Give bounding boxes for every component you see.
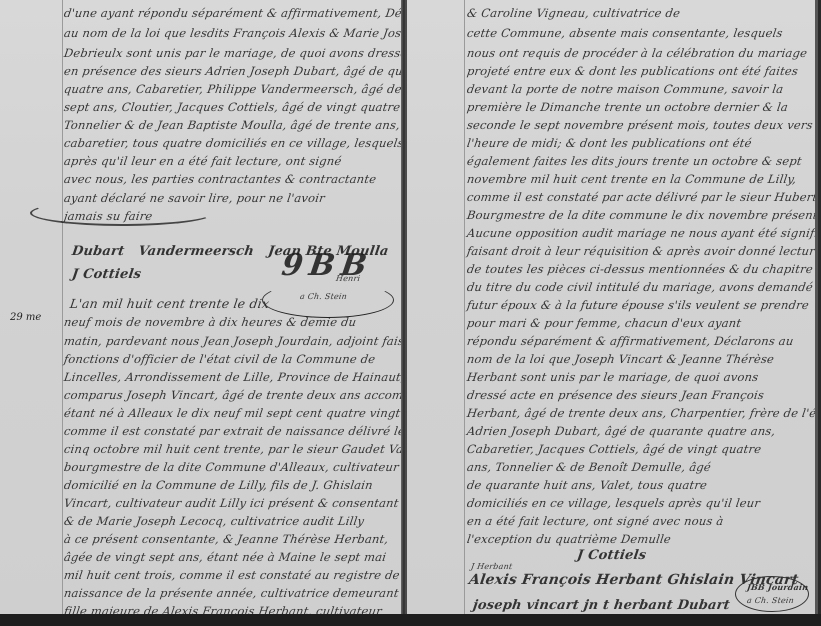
text-line: Debrieulx sont unis par le mariage, de q… — [63, 46, 405, 60]
text-line: d'une ayant répondu séparément & affirma… — [63, 6, 405, 20]
text-line: de toutes les pièces ci-dessus mentionné… — [466, 262, 818, 276]
text-line: mil huit cent trois, comme il est consta… — [63, 568, 401, 582]
text-line: L'an mil huit cent trente le dix — [69, 296, 270, 311]
text-line: en présence des sieurs Adrien Joseph Dub… — [63, 64, 405, 78]
right-page: & Caroline Vigneau, cultivatrice de cett… — [405, 0, 818, 616]
text-line: nous ont requis de procéder à la célébra… — [466, 46, 808, 60]
signature-row: joseph vincart jn t herbant Dubart — [472, 598, 731, 613]
text-line: comme il est constaté par extrait de nai… — [63, 424, 405, 438]
text-line: Herbant, âgé de trente deux ans, Charpen… — [466, 406, 818, 420]
text-line: après qu'il leur en a été fait lecture, … — [63, 154, 342, 168]
signature-cottiels: J Cottiels — [576, 548, 647, 563]
text-line: Cabaretier, Jacques Cottiels, âgé de vin… — [466, 442, 762, 456]
text-line: projeté entre eux & dont les publication… — [466, 64, 799, 78]
text-line: futur époux & à la future épouse s'ils v… — [466, 298, 810, 312]
text-line: matin, pardevant nous Jean Joseph Jourda… — [63, 334, 405, 348]
text-line: de quarante huit ans, Valet, tous quatre — [466, 478, 708, 492]
text-line: âgée de vingt sept ans, étant née à Main… — [63, 550, 387, 564]
entry-number: 29 me — [10, 312, 41, 323]
text-line: pour mari & pour femme, chacun d'eux aya… — [466, 316, 742, 330]
text-line: Vincart, cultivateur audit Lilly ici pré… — [63, 496, 400, 510]
text-line: sept ans, Cloutier, Jacques Cottiels, âg… — [63, 100, 405, 114]
left-page: d'une ayant répondu séparément & affirma… — [0, 0, 405, 616]
signature-herbant: J Herbant — [470, 562, 513, 571]
text-line: l'exception du quatrième Demulle — [466, 532, 672, 546]
text-line: ans, Tonnelier & de Benoît Demulle, âgé — [466, 460, 712, 474]
text-line: domiciliés en ce village, lesquels après… — [466, 496, 761, 510]
text-line: domicilié en la Commune de Lilly, fils d… — [63, 478, 374, 492]
text-line: comparus Joseph Vincart, âgé de trente d… — [63, 388, 405, 402]
text-line: devant la porte de notre maison Commune,… — [466, 82, 784, 96]
register-book-spread: d'une ayant répondu séparément & affirma… — [0, 0, 821, 626]
mayor-mark-flourish — [262, 282, 394, 318]
seal-mark: JBB Jourdain — [746, 582, 809, 592]
text-line: Aucune opposition audit mariage ne nous … — [466, 226, 818, 240]
text-line: à ce présent consentante, & Jeanne Thérè… — [63, 532, 389, 546]
text-line: première le Dimanche trente un octobre d… — [466, 100, 789, 114]
text-line: Bourgmestre de la dite commune le dix no… — [466, 208, 818, 222]
seal-label: a Ch. Stein — [746, 596, 794, 605]
text-line: bourgmestre de la dite Commune d'Alleaux… — [63, 460, 400, 474]
text-line: neuf mois de novembre à dix heures & dem… — [63, 315, 357, 329]
text-line: seconde le sept novembre présent mois, t… — [466, 118, 814, 132]
text-line: également faites les dits jours trente u… — [466, 154, 803, 168]
text-line: novembre mil huit cent trente en la Comm… — [466, 172, 797, 186]
closing-flourish — [30, 200, 214, 226]
text-line: faisant droit à leur réquisition & après… — [466, 244, 818, 258]
signature-cottiels: J Cottiels — [71, 267, 142, 282]
text-line: & de Marie Joseph Lecocq, cultivatrice a… — [63, 514, 365, 528]
text-line: étant né à Alleaux le dix neuf mil sept … — [63, 406, 405, 420]
signature: Vandermeersch — [137, 244, 255, 259]
text-line: fonctions d'officier de l'état civil de … — [63, 352, 376, 366]
text-line: au nom de la loi que lesdits François Al… — [63, 26, 405, 40]
text-line: du titre du code civil intitulé du maria… — [466, 280, 818, 294]
text-line: en a été fait lecture, ont signé avec no… — [466, 514, 724, 528]
text-line: Adrien Joseph Dubart, âgé de quarante qu… — [466, 424, 776, 438]
text-line: cette Commune, absente mais consentante,… — [466, 26, 784, 40]
text-line: cinq octobre mil huit cent trente, par l… — [63, 442, 405, 456]
right-margin-rule — [464, 0, 465, 616]
text-line: Herbant sont unis par le mariage, de quo… — [466, 370, 759, 384]
signature: Dubart — [71, 244, 125, 259]
text-line: Lincelles, Arrondissement de Lille, Prov… — [63, 370, 405, 384]
text-line: comme il est constaté par acte délivré p… — [466, 190, 818, 204]
text-line: répondu séparément & affirmativement, Dé… — [466, 334, 795, 348]
text-line: dressé acte en présence des sieurs Jean … — [466, 388, 765, 402]
text-line: quatre ans, Cabaretier, Philippe Vanderm… — [63, 82, 405, 96]
text-line: avec nous, les parties contractantes & c… — [63, 172, 377, 186]
text-line: & Caroline Vigneau, cultivatrice de — [466, 6, 681, 20]
text-line: nom de la loi que Joseph Vincart & Jeann… — [466, 352, 775, 366]
text-line: Tonnelier & de Jean Baptiste Moulla, âgé… — [63, 118, 401, 132]
text-line: l'heure de midi; & dont les publications… — [466, 136, 753, 150]
scan-bottom-edge — [0, 614, 821, 626]
text-line: cabaretier, tous quatre domiciliés en ce… — [63, 136, 405, 150]
text-line: naissance de la présente année, cultivat… — [63, 586, 400, 600]
